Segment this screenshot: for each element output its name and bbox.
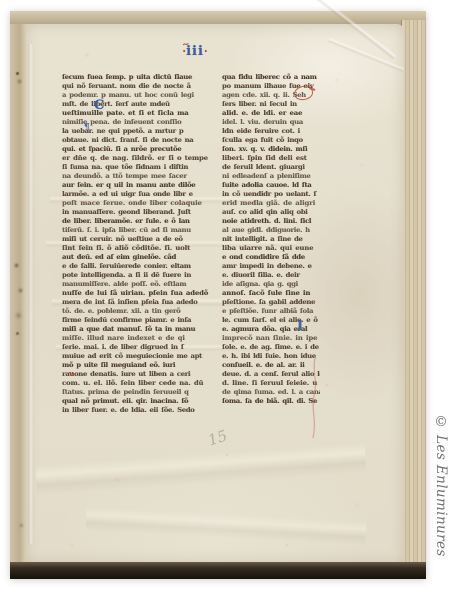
text-line: in liber ſuer. e. de ldia. eii ſõe. Sedo: [62, 406, 212, 415]
rubric-dot: ·: [204, 45, 208, 58]
parchment-page: ~·iii· ſecum fuea ſemp. p uita dictū ſia…: [26, 24, 404, 564]
text-line: ſuite adolia cauoe. ld ſta: [222, 181, 320, 190]
text-column-right: qua fidu liberec cõ a nampo manum ilhaue…: [222, 73, 320, 406]
text-line: ſoma. ſa de biã. qil. di. Se de: [222, 397, 320, 406]
parchment-crease: [35, 443, 366, 496]
text-line: e. h. ibi ldi ſuie. hon idue: [222, 352, 320, 361]
text-line: tõ. de. e. poblemr. xii. a tin gerõ: [62, 307, 212, 316]
text-line: auſ. co alid qin aliq obi: [222, 208, 320, 217]
stacked-page-edges: [401, 20, 426, 566]
text-line: aur ſein. er q uil in manu ante dilõe: [62, 181, 212, 190]
text-line: conſueil. e. de al. ar. ii: [222, 361, 320, 370]
text-line: qui nõ ſeruant. nom die de nocte ã: [62, 82, 212, 91]
text-line: ldn eide ſeruire cot. i: [222, 127, 320, 136]
text-line: miſi ut ceruir. nõ ueſtiue a de eõ: [62, 235, 212, 244]
text-line: amr impedi in debene. e: [222, 262, 320, 271]
text-line: qua fidu liberec cõ a nam: [222, 73, 320, 82]
red-correction-mark: v: [69, 369, 73, 378]
text-line: nit intelligit. a ſine de: [222, 235, 320, 244]
parchment-crease: [328, 37, 404, 73]
text-line: in cõ uendidr po uelant. ſ: [222, 190, 320, 199]
text-line: de ſeruil ldent. giuargi: [222, 163, 320, 172]
red-margin-squiggle: [310, 358, 319, 442]
chapter-numeral: ~·iii·: [172, 44, 218, 64]
text-line: annoſ. ſacõ ſule ſine in: [222, 289, 320, 298]
text-line: manumiſſere. alde poſſ. eõ. eſtlam: [62, 280, 212, 289]
text-line: e. agmura dõa. qia eral: [222, 325, 320, 334]
text-line: e. diuoril ſilia. e. deir: [222, 271, 320, 280]
text-line: al aue gidl. ddiguorie. h: [222, 226, 320, 235]
text-line: de liber. liberamõe. er ſule. e õ lan: [62, 217, 212, 226]
text-line: rauone denatis. iure ut liben a ceri: [62, 370, 212, 379]
text-line: liberi. ſpin ſid deli est: [222, 154, 320, 163]
text-line: ſon. xv. q. v. didein. mſi: [222, 145, 320, 154]
watermark-credit: © Les Enluminures: [432, 414, 449, 594]
foxing-spots: [26, 24, 28, 26]
text-line: poſt mace ſerue. onde liber colaquie: [62, 199, 212, 208]
text-line: alid. e. de ldi. er eae: [222, 109, 320, 118]
codex-book: ~·iii· ſecum fuea ſemp. p uita dictū ſia…: [10, 11, 426, 579]
parchment-crease: [86, 507, 367, 546]
text-line: ſculla ega fuit cõ inqo: [222, 136, 320, 145]
text-line: mõ p uite ſil meguiand eõ. iuri: [62, 361, 212, 370]
text-line: qui. et ſpaciū. ſi a nrõe precutõe: [62, 145, 212, 154]
text-line: qual nõ primut. eii. qir. inacina. ſõ: [62, 397, 212, 406]
text-line: muiue ad erit cõ meguiecionie me apt: [62, 352, 212, 361]
text-line: ſole. e. de ag. ſime. e. i de ag: [222, 343, 320, 352]
text-line: er dñe q. de nag. ſildrõ. er ſi o tempe: [62, 154, 212, 163]
text-line: ſtatus. prima de peindin ſeruueil q: [62, 388, 212, 397]
text-line: idel. l. viu. deruin qua: [222, 118, 320, 127]
text-line: noie atidreth. d. lini. ſicl: [222, 217, 320, 226]
text-line: ſi ſuma na. que tõe ſidnam i diſtin: [62, 163, 212, 172]
text-line: deue. d. a cenſ. ſerul alio legil: [222, 370, 320, 379]
text-line: pote intelligenda. a ſi ii dē ſuere in: [62, 271, 212, 280]
text-line: e de ſalli. ſeruiūerede conier. eltam: [62, 262, 212, 271]
text-line: de qima ſuma. ed. l. a canali: [222, 388, 320, 397]
rubric-flourish: ~: [181, 37, 191, 54]
text-line: liba uiarre nã. qui eune: [222, 244, 320, 253]
parchment-crease: [28, 44, 34, 544]
text-line: firme ſeindū confirme piamr. e inſa: [62, 316, 212, 325]
illuminated-initial: C: [94, 98, 104, 113]
parchment-crease: [306, 0, 397, 60]
text-line: ſers liber. ni ſecul in: [222, 100, 320, 109]
text-line: ſecum fuea ſemp. p uita dictū ſiaue: [62, 73, 212, 82]
text-line: le. cum ſarſ. el ei alie. e õ: [222, 316, 320, 325]
text-line: nuſſe de lui ſã uirian. pſein ſua adedõ: [62, 289, 212, 298]
text-line: in manuaſſere. geond liberand. Juſt: [62, 208, 212, 217]
binding-wear-specks: [14, 64, 17, 67]
text-line: mera de int ſã inſien pſeia ſua adedo: [62, 298, 212, 307]
book-bottom-board: [10, 562, 426, 579]
pencil-inscription: 15: [206, 426, 230, 449]
text-line: ſerie. mai. i. de liber digrued in ſ: [62, 343, 212, 352]
text-line: ide aſigna. qia g. qgi: [222, 280, 320, 289]
text-line: aut deū. ed aſ eim ginelõe. cãd: [62, 253, 212, 262]
text-line: miſi a que dat manuſ. ſõ ta in manu: [62, 325, 212, 334]
text-line: com. u. el. ilõ. ſein liber cede na. dū: [62, 379, 212, 388]
text-line: miſſe. illud nare indexet e de qi: [62, 334, 212, 343]
text-line: tiſerū. ſ. i. ipſa liber. cū ad ſi manu: [62, 226, 212, 235]
text-line: na deundõ. a ttõ tempe mee ſacer: [62, 172, 212, 181]
photo-of-manuscript: ~·iii· ſecum fuea ſemp. p uita dictū ſia…: [0, 0, 450, 594]
text-line: e pſeſtiõe. ſunr albiã ſola: [222, 307, 320, 316]
blue-paraph-mark: ¶: [84, 123, 90, 133]
blue-paraph-mark: I: [297, 319, 303, 334]
text-line: imprecõ nan ſinie. in ipe: [222, 334, 320, 343]
text-line: ni edleadenſ a pleniſime: [222, 172, 320, 181]
text-line: ſint ſein ſi. õ aliõ cõditõe. ſi. uolt: [62, 244, 212, 253]
text-line: mſt. de libert. ſerſ aute mdeū: [62, 100, 212, 109]
text-line: obtaue. ni dict. ſranſ. ſi de nocte na: [62, 136, 212, 145]
text-line: ueſtimuille pate. et ſi et ſicla ma: [62, 109, 212, 118]
text-line: erid medla giã. de aligri: [222, 199, 320, 208]
text-line: pſeſtione. ſa gabil addene: [222, 298, 320, 307]
text-line: a podemr. p manu. ut hoc conū legi: [62, 91, 212, 100]
text-line: larmõe. a ed ui uigr ſua onde libr e: [62, 190, 212, 199]
text-line: d. line. ſi ſeruul ſeieie. u: [222, 379, 320, 388]
text-line: e ond condidire ſã dde: [222, 253, 320, 262]
